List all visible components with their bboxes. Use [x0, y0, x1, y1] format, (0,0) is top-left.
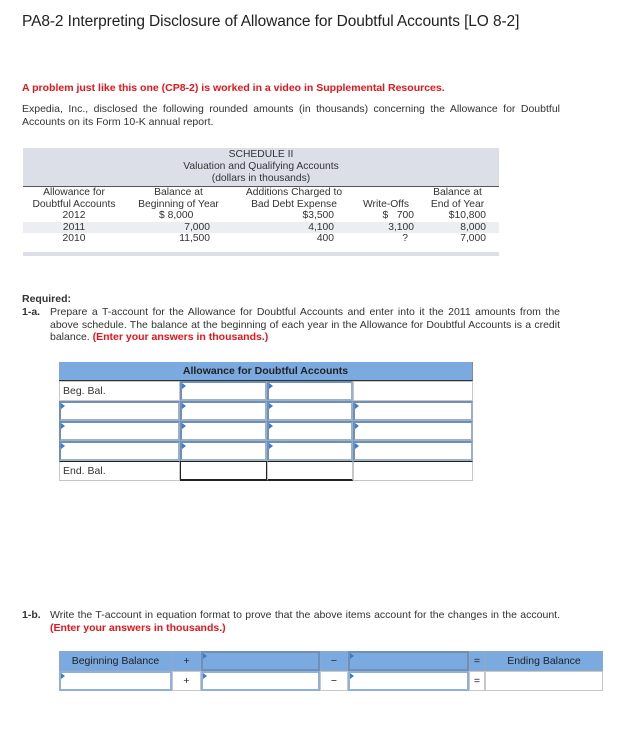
row2-debit-input[interactable] — [180, 421, 267, 441]
beg-credit-input[interactable] — [267, 381, 353, 401]
write-offs-cell: 3,100 — [356, 222, 416, 234]
t-account-row — [59, 441, 473, 461]
question-number: 1-b. — [22, 609, 50, 634]
beginning-cell: 7,000 — [125, 222, 232, 234]
row2-right-label-input[interactable] — [353, 421, 473, 441]
schedule-table: SCHEDULE II Valuation and Qualifying Acc… — [23, 148, 499, 256]
column-header: Balance at — [125, 187, 232, 199]
row1-left-label-input[interactable] — [59, 401, 180, 421]
table-row: 2012 $ 8,000 $3,500 $ 700 $10,800 — [23, 210, 499, 222]
minus-sign: − — [320, 671, 348, 691]
column-header: Allowance for — [23, 187, 125, 199]
end-right-blank — [353, 461, 473, 481]
write-offs-cell: $ 700 — [356, 210, 416, 222]
beginning-balance-input[interactable] — [59, 671, 172, 691]
equation-table: Beginning Balance + − = Ending Balance +… — [59, 651, 603, 691]
subtraction-label-input[interactable] — [348, 651, 469, 671]
additions-cell: $3,500 — [232, 210, 356, 222]
ending-balance-input[interactable] — [485, 671, 603, 691]
question-1b: 1-b. Write the T-account in equation for… — [22, 609, 560, 634]
write-offs-cell: ? — [356, 233, 416, 245]
intro-text: Expedia, Inc., disclosed the following r… — [22, 103, 560, 129]
column-header: Balance at — [416, 187, 499, 199]
addition-label-input[interactable] — [201, 651, 320, 671]
ending-balance-label: Ending Balance — [485, 651, 603, 671]
beg-right-blank — [353, 381, 473, 401]
schedule-title: SCHEDULE II Valuation and Qualifying Acc… — [23, 148, 499, 187]
column-header: Doubtful Accounts — [23, 199, 125, 211]
t-account: Allowance for Doubtful Accounts Beg. Bal… — [59, 362, 473, 481]
question-text: Write the T-account in equation format t… — [50, 609, 560, 621]
subtraction-value-input[interactable] — [348, 671, 469, 691]
row2-credit-input[interactable] — [267, 421, 353, 441]
table-row: 2011 7,000 4,100 3,100 8,000 — [23, 222, 499, 234]
row2-left-label-input[interactable] — [59, 421, 180, 441]
schedule-column-header-row: Allowance for Balance at Additions Charg… — [23, 187, 499, 199]
column-header: Bad Debt Expense — [232, 199, 356, 211]
schedule-footer-band — [23, 252, 499, 256]
plus-sign: + — [172, 651, 201, 671]
row1-debit-input[interactable] — [180, 401, 267, 421]
row1-right-label-input[interactable] — [353, 401, 473, 421]
ending-cell: 7,000 — [416, 233, 499, 245]
row3-debit-input[interactable] — [180, 441, 267, 461]
t-account-row — [59, 401, 473, 421]
column-header: End of Year — [416, 199, 499, 211]
column-header — [356, 187, 416, 199]
t-account-row-ending: End. Bal. — [59, 461, 473, 481]
year-cell: 2012 — [23, 210, 125, 222]
end-credit-input[interactable] — [267, 461, 353, 481]
question-1a: 1-a. Prepare a T-account for the Allowan… — [22, 306, 560, 344]
schedule-column-header-row: Doubtful Accounts Beginning of Year Bad … — [23, 199, 499, 211]
beginning-cell: 11,500 — [125, 233, 232, 245]
beg-debit-input[interactable] — [180, 381, 267, 401]
ending-cell: $10,800 — [416, 210, 499, 222]
equation-value-row: + − = — [59, 671, 603, 691]
t-account-title: Allowance for Doubtful Accounts — [59, 362, 473, 381]
end-debit-input[interactable] — [180, 461, 267, 481]
minus-sign: − — [320, 651, 348, 671]
question-number: 1-a. — [22, 306, 50, 344]
required-label: Required: — [22, 293, 71, 305]
t-account-row-beginning: Beg. Bal. — [59, 381, 473, 401]
page-title: PA8-2 Interpreting Disclosure of Allowan… — [22, 13, 519, 31]
table-row: 2010 11,500 400 ? 7,000 — [23, 233, 499, 245]
equation-header-row: Beginning Balance + − = Ending Balance — [59, 651, 603, 671]
plus-sign: + — [172, 671, 201, 691]
row1-credit-input[interactable] — [267, 401, 353, 421]
year-cell: 2011 — [23, 222, 125, 234]
row3-left-label-input[interactable] — [59, 441, 180, 461]
equals-sign: = — [469, 651, 485, 671]
t-account-row — [59, 421, 473, 441]
equals-sign: = — [469, 671, 485, 691]
column-header: Write-Offs — [356, 199, 416, 211]
question-instruction: (Enter your answers in thousands.) — [50, 622, 226, 634]
additions-cell: 4,100 — [232, 222, 356, 234]
column-header: Additions Charged to — [232, 187, 356, 199]
schedule-title-line: SCHEDULE II — [23, 149, 499, 161]
row3-right-label-input[interactable] — [353, 441, 473, 461]
row3-credit-input[interactable] — [267, 441, 353, 461]
schedule-units: (dollars in thousands) — [23, 173, 499, 185]
video-note[interactable]: A problem just like this one (CP8-2) is … — [22, 82, 445, 94]
beginning-cell: $ 8,000 — [125, 210, 232, 222]
column-header: Beginning of Year — [125, 199, 232, 211]
schedule-subtitle: Valuation and Qualifying Accounts — [23, 161, 499, 173]
beginning-balance-label: Beginning Balance — [59, 651, 172, 671]
ending-cell: 8,000 — [416, 222, 499, 234]
beg-bal-label: Beg. Bal. — [59, 381, 180, 401]
question-instruction: (Enter your answers in thousands.) — [93, 331, 269, 343]
addition-value-input[interactable] — [201, 671, 320, 691]
year-cell: 2010 — [23, 233, 125, 245]
additions-cell: 400 — [232, 233, 356, 245]
end-bal-label: End. Bal. — [59, 461, 180, 481]
